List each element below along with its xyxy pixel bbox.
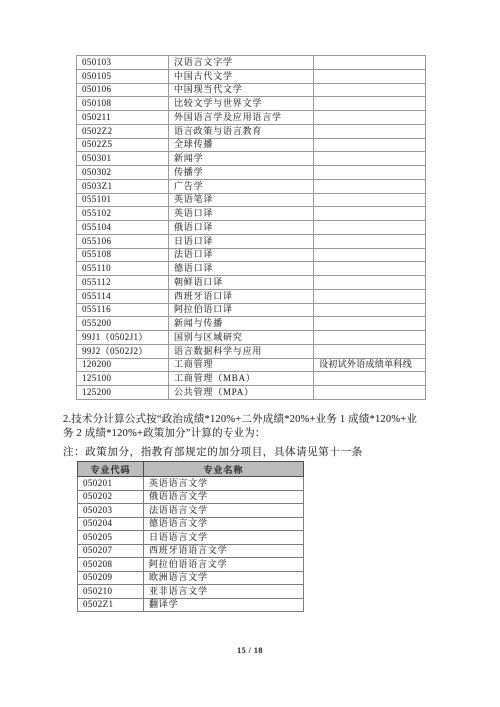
program-code: 050205 [78,531,144,545]
program-note [314,179,426,193]
program-note: 设初试外语成绩单科线 [314,358,426,372]
table-row: 050202俄语语言文学 [78,490,304,504]
table-row: 055102英语口译 [77,207,426,221]
program-note [314,152,426,166]
program-note [314,248,426,262]
program-name: 欧洲语言文学 [144,571,304,585]
program-name: 法语口译 [169,248,314,262]
program-name: 亚非语言文学 [144,585,304,599]
program-name: 英语笔译 [169,193,314,207]
formula-program-table: 专业代码 专业名称 050201英语语言文学 050202俄语语言文学 0502… [77,461,304,612]
program-note [314,111,426,125]
program-note [314,344,426,358]
table-row: 050103汉语言文字学 [77,56,426,70]
program-note [314,221,426,235]
program-note [314,372,426,386]
program-name: 阿拉伯语语言文学 [144,558,304,572]
formula-program-table-body: 050201英语语言文学 050202俄语语言文学 050203法语语言文学 0… [78,477,304,612]
program-name: 传播学 [169,166,314,180]
header-program-name: 专业名称 [144,462,304,477]
program-code: 0502Z5 [77,138,169,152]
program-note [314,317,426,331]
table-row: 050201英语语言文学 [78,477,304,491]
program-name: 中国古代文学 [169,69,314,83]
table-row: 99J2（0502J2）语言数据科学与应用 [77,344,426,358]
table-row: 055116阿拉伯语口译 [77,303,426,317]
program-code: 055112 [77,276,169,290]
program-name: 语言数据科学与应用 [169,344,314,358]
table-row: 050106中国现当代文学 [77,83,426,97]
program-name: 广告学 [169,179,314,193]
program-name: 朝鲜语口译 [169,276,314,290]
program-code: 055102 [77,207,169,221]
program-name: 英语语言文学 [144,477,304,491]
program-code: 050207 [78,544,144,558]
program-note [314,97,426,111]
program-note [314,138,426,152]
program-code: 050204 [78,517,144,531]
table-row: 050207西班牙语语言文学 [78,544,304,558]
program-code: 055106 [77,234,169,248]
table-row: 055200新闻与传播 [77,317,426,331]
program-name: 工商管理 [169,358,314,372]
program-code: 050202 [78,490,144,504]
program-code: 0502Z2 [77,124,169,138]
program-note [314,207,426,221]
table-row: 055108法语口译 [77,248,426,262]
program-code: 050211 [77,111,169,125]
program-note [314,262,426,276]
program-code: 055108 [77,248,169,262]
program-note [314,386,426,400]
program-name: 德语口译 [169,262,314,276]
table-row: 125100工商管理（MBA） [77,372,426,386]
policy-note-line: 注：政策加分，指教育部规定的加分项目，具体请见第十一条 [63,446,443,460]
program-code: 050106 [77,83,169,97]
program-note [314,124,426,138]
program-name: 外国语言学及应用语言学 [169,111,314,125]
table-row: 050203法语语言文学 [78,504,304,518]
table-row: 120200工商管理设初试外语成绩单科线 [77,358,426,372]
table-row: 050210亚非语言文学 [78,585,304,599]
formula-paragraph: 2.技术分计算公式按“政治成绩*120%+二外成绩*20%+业务 1 成绩*12… [63,413,427,440]
program-name: 西班牙语语言文学 [144,544,304,558]
program-code: 0503Z1 [77,179,169,193]
program-name: 俄语语言文学 [144,490,304,504]
table-row: 055104俄语口译 [77,221,426,235]
table-row: 050211外国语言学及应用语言学 [77,111,426,125]
program-name: 新闻与传播 [169,317,314,331]
program-code: 050301 [77,152,169,166]
formula-program-table-header: 专业代码 专业名称 [78,462,304,477]
table-row: 050204德语语言文学 [78,517,304,531]
table-row: 125200公共管理（MPA） [77,386,426,400]
program-note [314,69,426,83]
program-code: 055104 [77,221,169,235]
program-code: 050103 [77,56,169,70]
program-name: 俄语口译 [169,221,314,235]
program-name: 法语语言文学 [144,504,304,518]
table-row: 050108比较文学与世界文学 [77,97,426,111]
table-row: 0503Z1广告学 [77,179,426,193]
program-name: 阿拉伯语口译 [169,303,314,317]
program-name: 翻译学 [144,598,304,612]
page-number: 15 / 18 [0,646,500,655]
table-row: 050205日语语言文学 [78,531,304,545]
table-row: 055110德语口译 [77,262,426,276]
table-row: 0502Z5全球传播 [77,138,426,152]
document-page: 050103汉语言文字学 050105中国古代文学 050106中国现当代文学 … [0,0,500,707]
header-program-code: 专业代码 [78,462,144,477]
program-note [314,276,426,290]
program-code: 055200 [77,317,169,331]
program-code: 050203 [78,504,144,518]
program-code: 055101 [77,193,169,207]
program-name: 比较文学与世界文学 [169,97,314,111]
program-code: 99J2（0502J2） [77,344,169,358]
program-code: 050209 [78,571,144,585]
program-note [314,331,426,345]
program-name: 中国现当代文学 [169,83,314,97]
program-code: 125200 [77,386,169,400]
table-row: 055112朝鲜语口译 [77,276,426,290]
program-score-line-table: 050103汉语言文字学 050105中国古代文学 050106中国现当代文学 … [76,55,426,400]
program-note [314,193,426,207]
program-code: 99J1（0502J1） [77,331,169,345]
table-row: 055114西班牙语口译 [77,289,426,303]
program-note [314,234,426,248]
table-row: 050208阿拉伯语语言文学 [78,558,304,572]
header-row: 专业代码 专业名称 [78,462,304,477]
program-name: 语言政策与语言教育 [169,124,314,138]
program-code: 055110 [77,262,169,276]
program-code: 050208 [78,558,144,572]
table-row: 050301新闻学 [77,152,426,166]
program-note [314,83,426,97]
program-name: 国别与区域研究 [169,331,314,345]
program-code: 050210 [78,585,144,599]
program-name: 西班牙语口译 [169,289,314,303]
program-name: 公共管理（MPA） [169,386,314,400]
program-note [314,303,426,317]
table-row: 055106日语口译 [77,234,426,248]
program-name: 德语语言文学 [144,517,304,531]
program-code: 050302 [77,166,169,180]
program-name: 工商管理（MBA） [169,372,314,386]
program-note [314,56,426,70]
table-row: 0502Z1翻译学 [78,598,304,612]
program-code: 120200 [77,358,169,372]
program-code: 050108 [77,97,169,111]
program-code: 050201 [78,477,144,491]
program-note [314,166,426,180]
program-note [314,289,426,303]
program-code: 055114 [77,289,169,303]
program-name: 日语口译 [169,234,314,248]
table-row: 050209欧洲语言文学 [78,571,304,585]
program-score-line-table-body: 050103汉语言文字学 050105中国古代文学 050106中国现当代文学 … [77,56,426,400]
program-code: 125100 [77,372,169,386]
program-code: 0502Z1 [78,598,144,612]
program-name: 英语口译 [169,207,314,221]
table-row: 050302传播学 [77,166,426,180]
program-code: 050105 [77,69,169,83]
program-code: 055116 [77,303,169,317]
program-name: 新闻学 [169,152,314,166]
table-row: 050105中国古代文学 [77,69,426,83]
table-row: 99J1（0502J1）国别与区域研究 [77,331,426,345]
table-row: 055101英语笔译 [77,193,426,207]
program-name: 全球传播 [169,138,314,152]
program-name: 日语语言文学 [144,531,304,545]
program-name: 汉语言文字学 [169,56,314,70]
table-row: 0502Z2语言政策与语言教育 [77,124,426,138]
